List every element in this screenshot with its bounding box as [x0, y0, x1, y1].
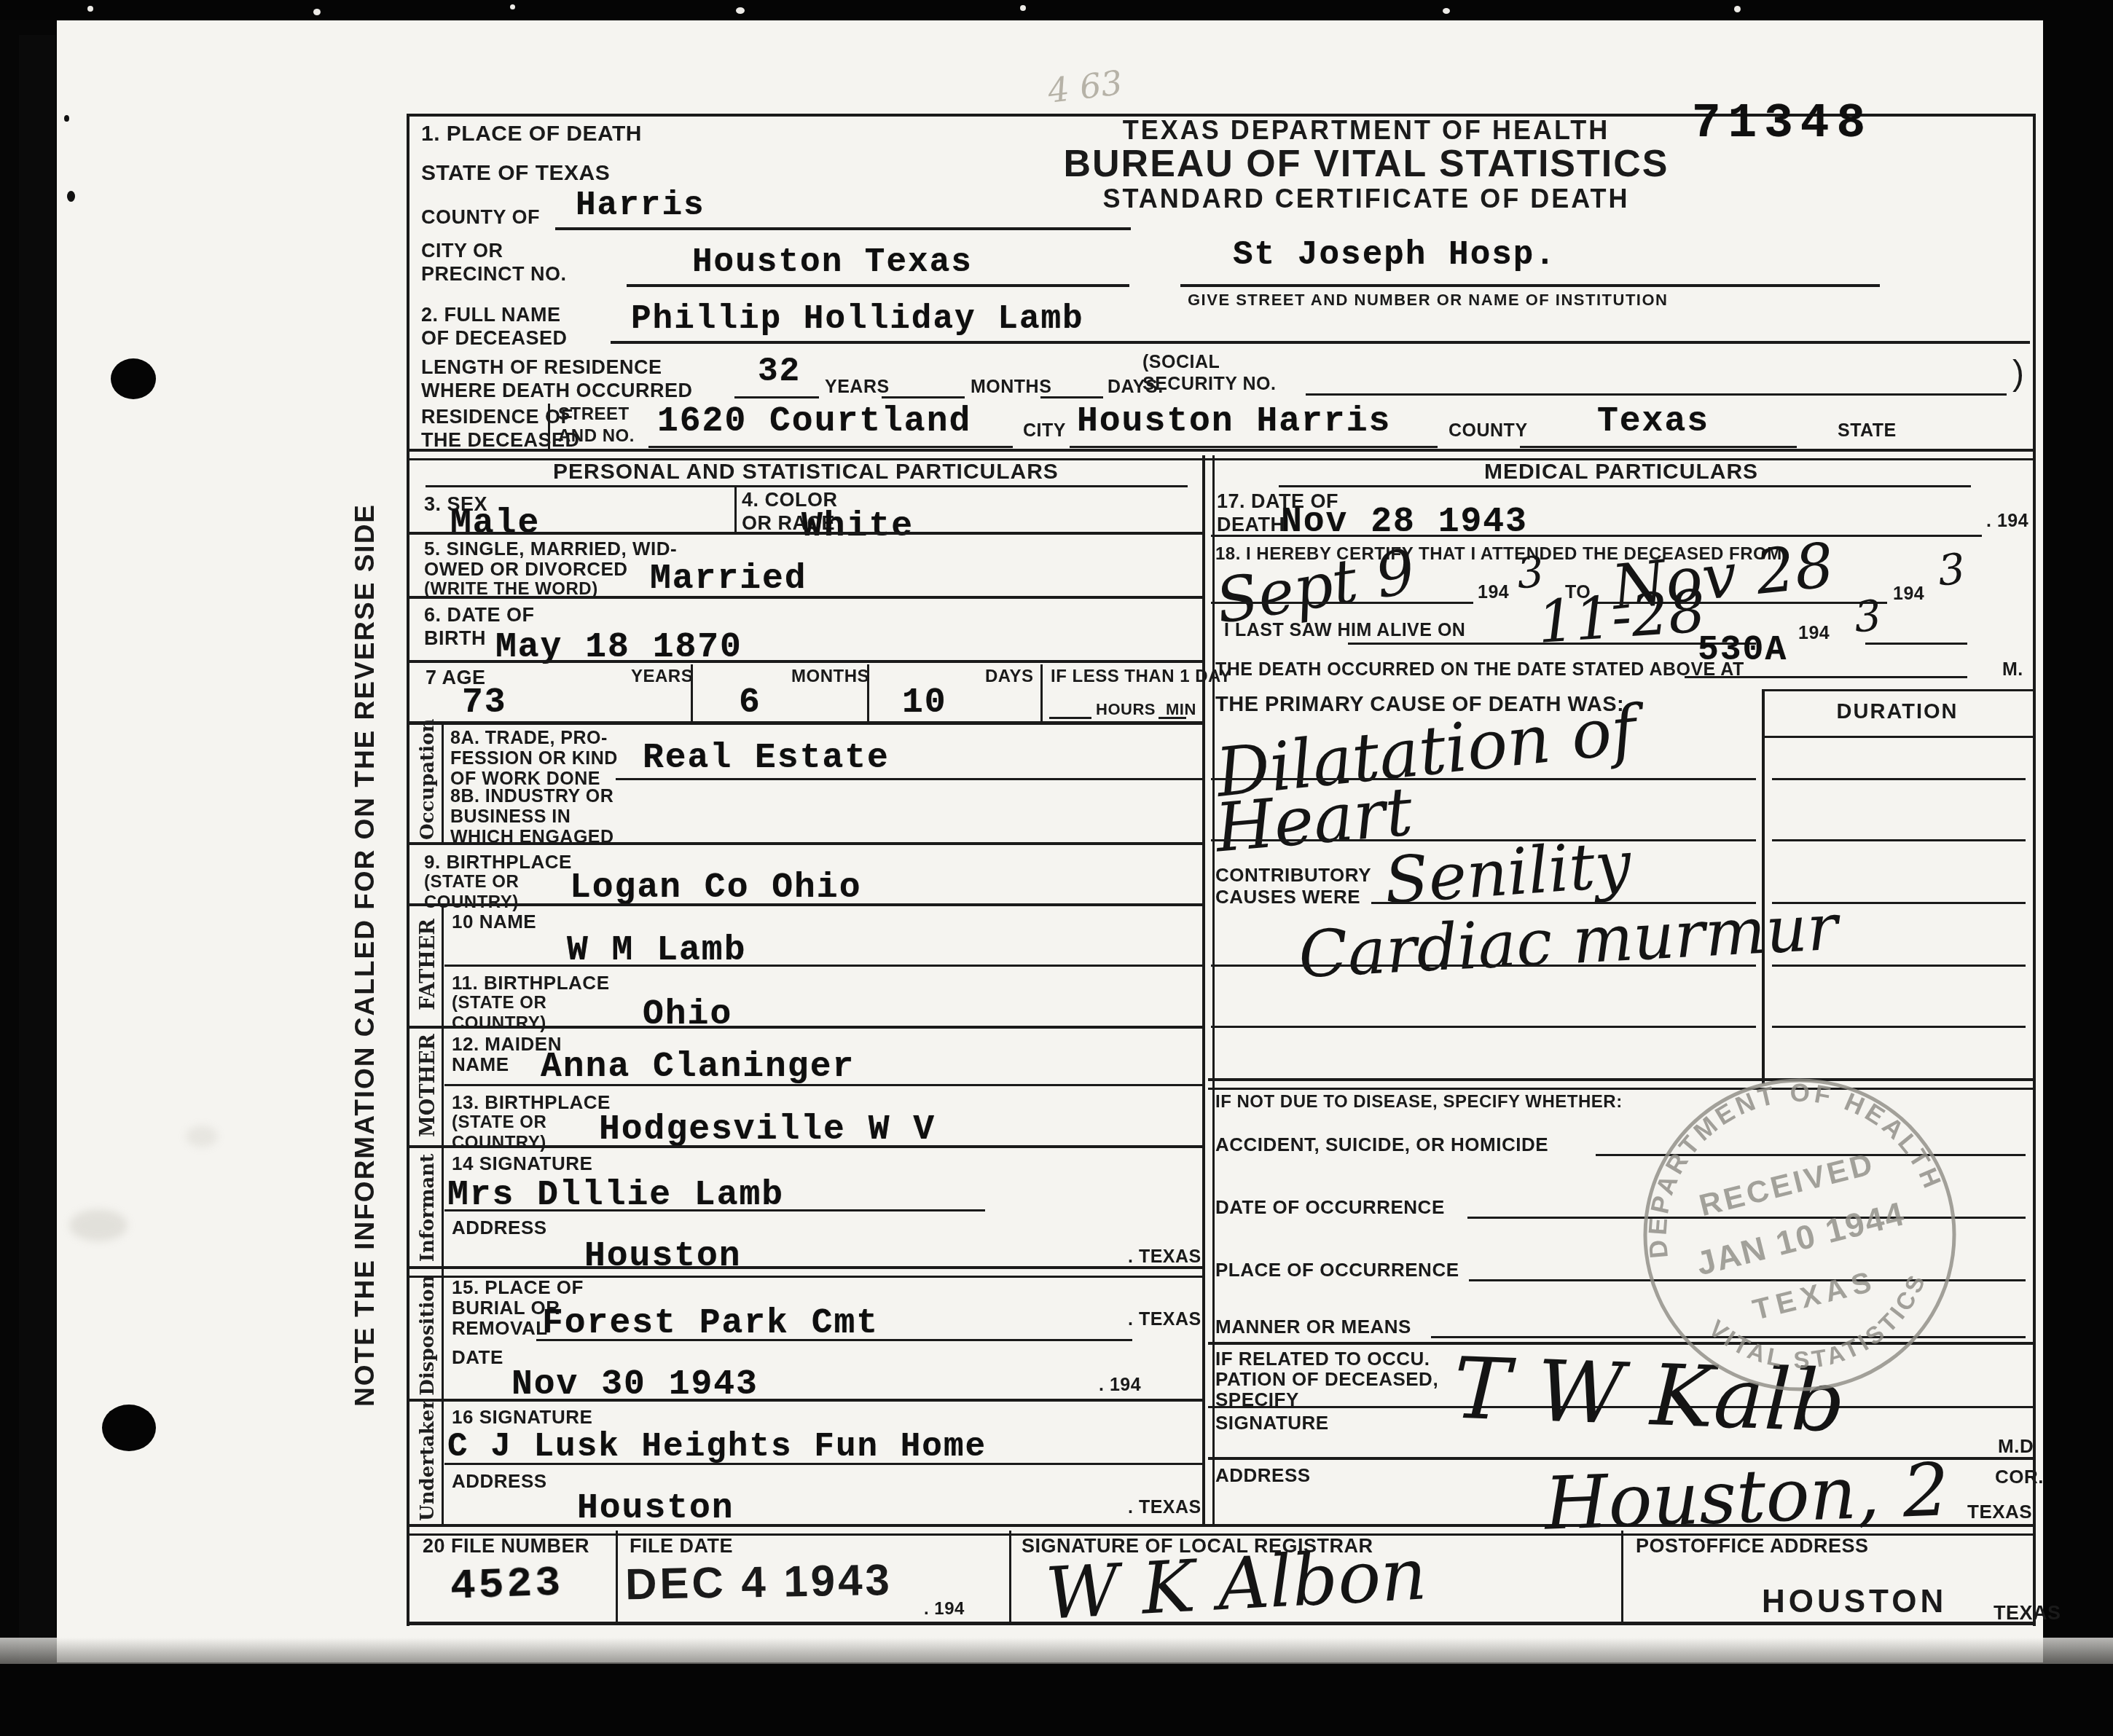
scan-edge-shadow: [19, 35, 55, 1736]
duration-header-rule: [1762, 736, 2033, 738]
file-row-divider: [1621, 1531, 1623, 1624]
mother-birthplace-value: Hodgesville W V: [599, 1110, 936, 1150]
title-subtitle: STANDARD CERTIFICATE OF DEATH: [1013, 185, 1720, 213]
undertaker-address-label: ADDRESS: [452, 1472, 547, 1491]
mother-bp-label-1: 13. BIRTHPLACE: [452, 1093, 611, 1112]
birth-label-1: 6. DATE OF: [424, 605, 535, 625]
from-year-print: 194: [1478, 583, 1509, 602]
postoffice-label: POSTOFFICE ADDRESS: [1636, 1536, 1869, 1556]
to-year-handwriting: 3: [1936, 544, 1967, 596]
age-months-value: 6: [739, 683, 761, 723]
file-date-year-hint: . 194: [924, 1600, 965, 1618]
age-cell-divider: [691, 664, 693, 721]
trade-label-1: 8A. TRADE, PRO-: [450, 728, 608, 747]
full-name-label-2: OF DECEASED: [421, 328, 568, 348]
scanned-death-certificate: 4 63 NOTE THE INFORMATION CALLED FOR ON …: [0, 0, 2113, 1736]
duration-box-top: [1762, 689, 2033, 691]
undertaker-address-value: Houston: [577, 1489, 734, 1528]
death-time-value: 530A: [1698, 631, 1787, 670]
father-name-label: 10 NAME: [452, 912, 536, 932]
residence-state-label: STATE: [1838, 421, 1897, 440]
occupation-related-label-2: PATION OF DECEASED,: [1215, 1370, 1438, 1389]
ssn-label-2: SECURITY NO.: [1142, 374, 1276, 393]
pencil-smudge: [186, 1126, 218, 1147]
row-rule: [407, 1026, 1205, 1029]
occupation-group-label: Occupation: [417, 723, 439, 840]
street-underline: [648, 446, 1013, 448]
full-name-label-1: 2. FULL NAME: [421, 305, 561, 325]
residence-city-label: CITY: [1023, 421, 1066, 440]
header-double-rule: [407, 449, 2036, 460]
cor-label: COR.: [1995, 1467, 2044, 1487]
age-years-value: 73: [462, 683, 507, 723]
last-saw-year-print: 194: [1798, 624, 1830, 643]
scan-speckle: [313, 9, 321, 15]
state-of-texas-label: STATE OF TEXAS: [421, 162, 610, 185]
years-line: [734, 396, 819, 398]
burial-underline: [536, 1339, 1132, 1341]
father-bp-label-1: 11. BIRTHPLACE: [452, 973, 610, 993]
residence-length-label-2: WHERE DEATH OCCURRED: [421, 380, 693, 401]
row-rule: [407, 532, 1205, 535]
months-line: [882, 396, 965, 398]
trade-value: Real Estate: [643, 739, 890, 778]
marital-label-2: OWED OR DIVORCED: [424, 559, 628, 579]
trade-label-2: FESSION OR KIND: [450, 749, 618, 768]
duration-line: [1772, 778, 2026, 780]
group-divider: [442, 903, 444, 1524]
last-saw-label: I LAST SAW HIM ALIVE ON: [1224, 621, 1465, 640]
stamp-state: TEXAS: [1749, 1265, 1880, 1327]
city-label-2: PRECINCT NO.: [421, 264, 567, 284]
row-rule: [407, 842, 1205, 845]
mother-name-underline: [444, 1084, 1205, 1086]
disposition-group-label: Disposition: [417, 1275, 439, 1396]
mother-bp-label-3: COUNTRY): [452, 1134, 546, 1152]
industry-label-2: BUSINESS IN: [450, 807, 571, 826]
m-label: M.: [2002, 660, 2023, 679]
age-cell-divider: [1040, 664, 1043, 721]
column-divider: [1202, 455, 1215, 1526]
father-group-label: FATHER: [417, 905, 439, 1024]
scan-speckle: [1443, 8, 1450, 14]
residence-length-label-1: LENGTH OF RESIDENCE: [421, 357, 662, 377]
row-rule: [407, 903, 1205, 906]
undertaker-underline: [444, 1463, 1205, 1465]
street-value: 1620 Courtland: [657, 402, 971, 441]
dod-label-2: DEATH: [1217, 514, 1285, 535]
pencil-smudge: [69, 1209, 128, 1241]
title-bureau: BUREAU OF VITAL STATISTICS: [1013, 144, 1720, 184]
age-min-label: MIN: [1166, 701, 1196, 718]
contributory-line-2: [1211, 965, 1756, 967]
group-divider: [442, 725, 444, 842]
age-hours-label: HOURS: [1096, 701, 1156, 718]
undertaker-signature-label: 16 SIGNATURE: [452, 1407, 592, 1427]
residence-city-value: Houston Harris: [1077, 402, 1391, 441]
md-label: M.D: [1998, 1437, 2034, 1456]
physician-address-handwriting: Houston, 2: [1543, 1447, 1951, 1546]
marital-value: Married: [650, 559, 807, 599]
last-saw-line: [1348, 643, 1756, 645]
file-date-stamped: DEC 4 1943: [624, 1557, 893, 1607]
cause-line-1: [1211, 778, 1756, 780]
informant-signature-label: 14 SIGNATURE: [452, 1154, 592, 1174]
father-name-underline: [444, 965, 1205, 967]
last-saw-line-2: [1865, 643, 1967, 645]
burial-label-3: REMOVAL: [452, 1319, 548, 1338]
mother-bp-label-2: (STATE OR: [452, 1113, 546, 1131]
birthplace-label-2: (STATE OR: [424, 873, 519, 891]
full-name-underline: [611, 341, 2030, 344]
section-personal: PERSONAL AND STATISTICAL PARTICULARS: [408, 460, 1204, 484]
physician-state-label: TEXAS: [1967, 1502, 2032, 1522]
hours-line: [1049, 717, 1091, 719]
file-number-stamped: 4523: [450, 1560, 564, 1611]
residence-years-value: 32: [758, 353, 801, 390]
years-label: YEARS: [825, 377, 890, 396]
res-city-underline: [1070, 446, 1438, 448]
contributory-label-2: CAUSES WERE: [1215, 887, 1360, 907]
to-year-print: 194: [1893, 584, 1924, 603]
place-occurrence-label: PLACE OF OCCURRENCE: [1215, 1260, 1459, 1280]
row-rule: [407, 660, 1205, 663]
postoffice-value-stamped: HOUSTON: [1762, 1585, 1947, 1619]
months-label: MONTHS: [971, 377, 1051, 396]
title-department: TEXAS DEPARTMENT OF HEALTH: [1013, 117, 1720, 144]
street-label-2: AND NO.: [558, 427, 635, 445]
marital-label-1: 5. SINGLE, MARRIED, WID-: [424, 539, 677, 559]
place-of-death-label: 1. PLACE OF DEATH: [421, 122, 642, 146]
date-occurrence-label: DATE OF OCCURRENCE: [1215, 1198, 1445, 1217]
residence-county-label: COUNTY: [1448, 421, 1528, 440]
last-saw-year-handwriting: 3: [1852, 591, 1883, 643]
residence-label-1: RESIDENCE OF: [421, 406, 573, 427]
scan-speckle: [1734, 6, 1741, 12]
burial-state-label: . TEXAS: [1128, 1310, 1201, 1329]
dod-year-hint: . 194: [1986, 511, 2028, 530]
undertaker-state-label: . TEXAS: [1128, 1498, 1201, 1517]
birth-label-2: BIRTH: [424, 628, 486, 648]
age-months-label: MONTHS: [791, 667, 869, 686]
mother-name-label-2: NAME: [452, 1055, 509, 1075]
ssn-line: [1306, 393, 2007, 396]
hole-punch: [102, 1405, 156, 1451]
section-medical-underline: [1279, 485, 1971, 487]
county-label: COUNTY OF: [421, 207, 540, 227]
not-disease-label: IF NOT DUE TO DISEASE, SPECIFY WHETHER:: [1215, 1093, 1623, 1111]
undertaker-value: C J Lusk Heights Fun Home: [447, 1428, 987, 1466]
informant-underline: [444, 1209, 985, 1211]
row-rule: [407, 1399, 1205, 1402]
scan-speck-dark: [67, 191, 75, 202]
birthplace-value: Logan Co Ohio: [570, 868, 861, 908]
industry-label-1: 8B. INDUSTRY OR: [450, 787, 613, 806]
scan-speckle: [510, 4, 515, 9]
ssn-label-1: (SOCIAL: [1142, 353, 1220, 372]
scan-speck-dark: [64, 115, 69, 122]
scan-bottom-band: [0, 1664, 2113, 1736]
trade-underline: [616, 778, 1204, 780]
physician-address-label: ADDRESS: [1215, 1466, 1311, 1485]
form-border-right: [2033, 114, 2036, 1626]
manner-label: MANNER OR MEANS: [1215, 1317, 1411, 1337]
full-name-value: Phillip Holliday Lamb: [631, 300, 1084, 338]
county-value: Harris: [576, 186, 705, 224]
county-underline: [555, 227, 1131, 230]
death-time-line: [1685, 676, 1967, 678]
scan-speckle: [87, 6, 93, 12]
bottom-right-state-label: TEXAS: [1994, 1603, 2061, 1623]
street-label-1: STREET: [558, 405, 630, 423]
duration-line: [1772, 839, 2026, 841]
accident-label: ACCIDENT, SUICIDE, OR HOMICIDE: [1215, 1135, 1548, 1155]
certify-line-1: [1211, 602, 1473, 604]
color-value: White: [801, 507, 914, 546]
age-years-label: YEARS: [631, 667, 693, 686]
informant-address-label: ADDRESS: [452, 1218, 547, 1238]
contributory-label-1: CONTRIBUTORY: [1215, 865, 1371, 885]
city-underline: [627, 284, 1129, 287]
burial-date-label: DATE: [452, 1348, 503, 1367]
file-date-label: FILE DATE: [630, 1536, 733, 1556]
residence-county-value: Texas: [1597, 402, 1709, 441]
city-label-1: CITY OR: [421, 240, 503, 261]
ssn-paren: ): [2012, 356, 2024, 392]
scan-speckle: [736, 7, 745, 14]
scan-bottom-smear: [0, 1638, 2113, 1667]
burial-label-1: 15. PLACE OF: [452, 1278, 584, 1297]
dod-underline: [1211, 535, 1982, 537]
mother-name-value: Anna Claninger: [541, 1048, 855, 1087]
institution-value: St Joseph Hosp.: [1233, 236, 1556, 274]
city-value: Houston Texas: [692, 243, 973, 281]
physician-signature-label: SIGNATURE: [1215, 1413, 1329, 1433]
scan-speckle: [1020, 5, 1026, 11]
father-bp-label-3: COUNTRY): [452, 1014, 546, 1032]
duration-label: DURATION: [1762, 701, 2033, 723]
section-personal-underline: [426, 485, 1188, 487]
informant-state-label: . TEXAS: [1128, 1247, 1201, 1266]
duration-box-left: [1762, 689, 1765, 1084]
birthplace-label-1: 9. BIRTHPLACE: [424, 852, 572, 872]
age-days-value: 10: [902, 683, 947, 723]
row-rule: [407, 596, 1205, 599]
death-time-label: THE DEATH OCCURRED ON THE DATE STATED AB…: [1215, 660, 1744, 679]
row-rule: [407, 1145, 1205, 1148]
burial-year-hint: . 194: [1099, 1375, 1141, 1394]
burial-place-value: Forest Park Cmt: [542, 1304, 879, 1343]
age-days-label: DAYS: [985, 667, 1033, 686]
blank-cause-line: [1211, 1026, 1756, 1028]
res-county-underline: [1520, 446, 1797, 448]
occupation-related-label-1: IF RELATED TO OCCU.: [1215, 1349, 1430, 1369]
days-line: [1040, 396, 1103, 398]
residence-label-2: THE DECEASED: [421, 430, 580, 450]
hole-punch: [111, 358, 156, 399]
age-cell-divider: [867, 664, 869, 721]
mother-group-label: MOTHER: [417, 1027, 439, 1144]
undertaker-group-label: Undertaker: [417, 1403, 439, 1521]
file-row-divider: [616, 1531, 618, 1624]
scan-right-band: [2045, 0, 2113, 1736]
row-rule: [407, 721, 1205, 725]
file-row-divider: [1009, 1531, 1011, 1624]
certificate-number: 71348: [1692, 96, 1873, 151]
institution-caption: GIVE STREET AND NUMBER OR NAME OF INSTIT…: [1188, 291, 1668, 308]
father-bp-label-2: (STATE OR: [452, 994, 546, 1012]
margin-note: NOTE THE INFORMATION CALLED FOR ON THE R…: [351, 405, 380, 1505]
file-number-label: 20 FILE NUMBER: [423, 1536, 589, 1556]
informant-group-label: Informant: [417, 1150, 439, 1266]
sex-color-divider: [734, 487, 737, 533]
age-if-less-label: IF LESS THAN 1 DAY: [1051, 667, 1231, 686]
institution-underline: [1180, 284, 1880, 287]
residence-divider: [548, 404, 550, 449]
section-medical: MEDICAL PARTICULARS: [1210, 460, 2033, 484]
